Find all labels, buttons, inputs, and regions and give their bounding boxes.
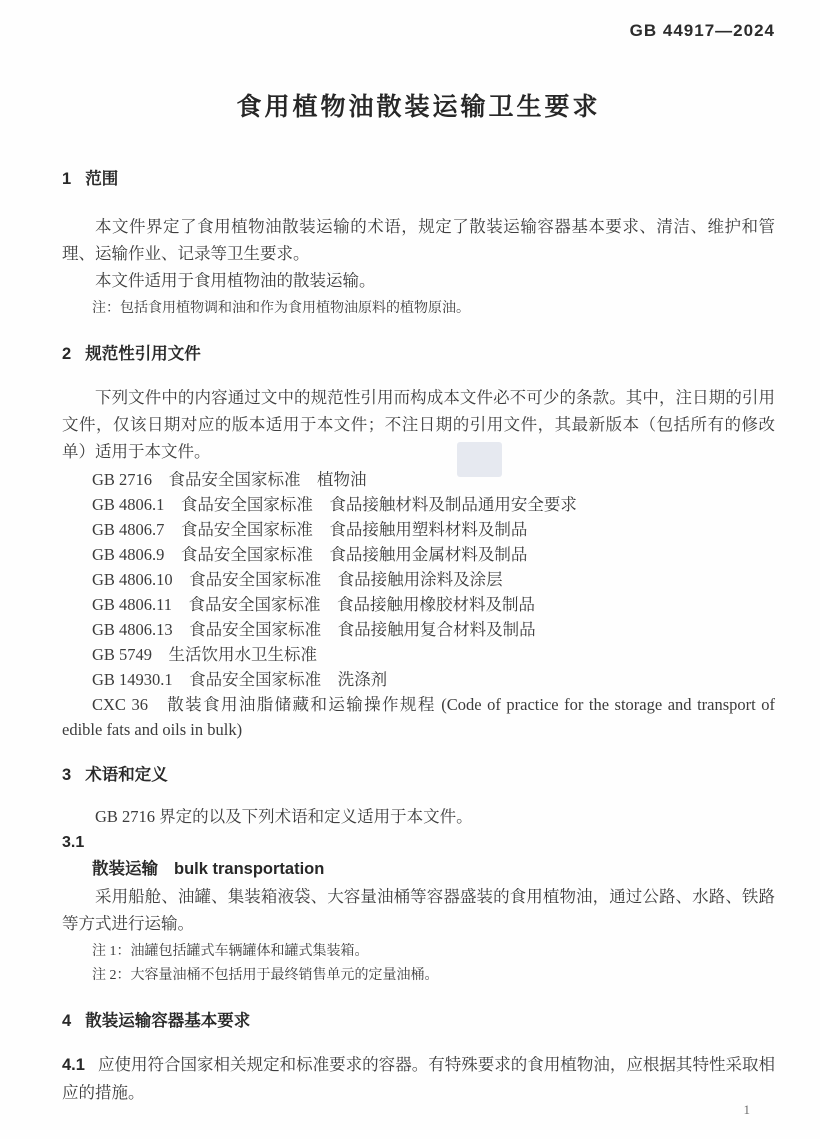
section-2-title: 规范性引用文件 bbox=[85, 345, 201, 363]
reference-item: GB 4806.11 食品安全国家标准 食品接触用橡胶材料及制品 bbox=[62, 592, 775, 617]
term-note-1: 注 1：油罐包括罐式车辆罐体和罐式集装箱。 bbox=[92, 940, 775, 964]
reference-item-cxc: CXC 36 散装食用油脂储藏和运输操作规程 (Code of practice… bbox=[62, 692, 775, 742]
clause-4-1-text: 应使用符合国家相关规定和标准要求的容器。有特殊要求的食用植物油，应根据其特性采取… bbox=[62, 1055, 775, 1102]
section-1-heading: 1范围 bbox=[62, 168, 775, 191]
reference-item: GB 14930.1 食品安全国家标准 洗涤剂 bbox=[62, 667, 775, 692]
references-list: GB 2716 食品安全国家标准 植物油 GB 4806.1 食品安全国家标准 … bbox=[62, 467, 775, 742]
reference-item: GB 2716 食品安全国家标准 植物油 bbox=[62, 467, 775, 492]
section-3-title: 术语和定义 bbox=[85, 766, 168, 784]
terms-intro: GB 2716 界定的以及下列术语和定义适用于本文件。 bbox=[62, 803, 775, 830]
term-chinese: 散装运输 bbox=[92, 860, 158, 878]
reference-item: GB 4806.7 食品安全国家标准 食品接触用塑料材料及制品 bbox=[62, 517, 775, 542]
section-3-number: 3 bbox=[62, 766, 71, 784]
scan-watermark-artifact bbox=[457, 442, 502, 477]
page-number: 1 bbox=[744, 1102, 751, 1117]
scope-paragraph-1: 本文件界定了食用植物油散装运输的术语，规定了散装运输容器基本要求、清洁、维护和管… bbox=[62, 213, 775, 267]
clause-4-1-number: 4.1 bbox=[62, 1056, 85, 1074]
section-2-heading: 2规范性引用文件 bbox=[62, 343, 775, 366]
section-4-heading: 4散装运输容器基本要求 bbox=[62, 1010, 775, 1033]
section-1-number: 1 bbox=[62, 170, 71, 188]
document-title: 食用植物油散装运输卫生要求 bbox=[62, 90, 775, 124]
reference-item: GB 4806.10 食品安全国家标准 食品接触用涂料及涂层 bbox=[62, 567, 775, 592]
section-4-title: 散装运输容器基本要求 bbox=[85, 1012, 250, 1030]
term-english: bulk transportation bbox=[174, 860, 324, 878]
scope-note: 注：包括食用植物调和油和作为食用植物油原料的植物原油。 bbox=[92, 297, 775, 321]
reference-item: GB 4806.13 食品安全国家标准 食品接触用复合材料及制品 bbox=[62, 617, 775, 642]
section-2-number: 2 bbox=[62, 345, 71, 363]
references-intro: 下列文件中的内容通过文中的规范性引用而构成本文件必不可少的条款。其中，注日期的引… bbox=[62, 384, 775, 465]
reference-item: GB 5749 生活饮用水卫生标准 bbox=[62, 642, 775, 667]
scope-paragraph-2: 本文件适用于食用植物油的散装运输。 bbox=[62, 267, 775, 294]
document-page: GB 44917—2024 食用植物油散装运输卫生要求 1范围 本文件界定了食用… bbox=[0, 0, 820, 1139]
term-note-2: 注 2：大容量油桶不包括用于最终销售单元的定量油桶。 bbox=[92, 964, 775, 988]
standard-number: GB 44917—2024 bbox=[62, 20, 775, 42]
section-3-heading: 3术语和定义 bbox=[62, 764, 775, 787]
reference-item: GB 4806.9 食品安全国家标准 食品接触用金属材料及制品 bbox=[62, 542, 775, 567]
clause-4-1: 4.1应使用符合国家相关规定和标准要求的容器。有特殊要求的食用植物油，应根据其特… bbox=[62, 1051, 775, 1106]
section-1-title: 范围 bbox=[85, 170, 118, 188]
reference-item: GB 4806.1 食品安全国家标准 食品接触材料及制品通用安全要求 bbox=[62, 492, 775, 517]
term-definition: 采用船舱、油罐、集装箱液袋、大容量油桶等容器盛装的食用植物油，通过公路、水路、铁… bbox=[62, 883, 775, 937]
term-entry: 散装运输bulk transportation bbox=[62, 856, 775, 883]
term-number: 3.1 bbox=[62, 830, 775, 856]
section-4-number: 4 bbox=[62, 1012, 71, 1030]
